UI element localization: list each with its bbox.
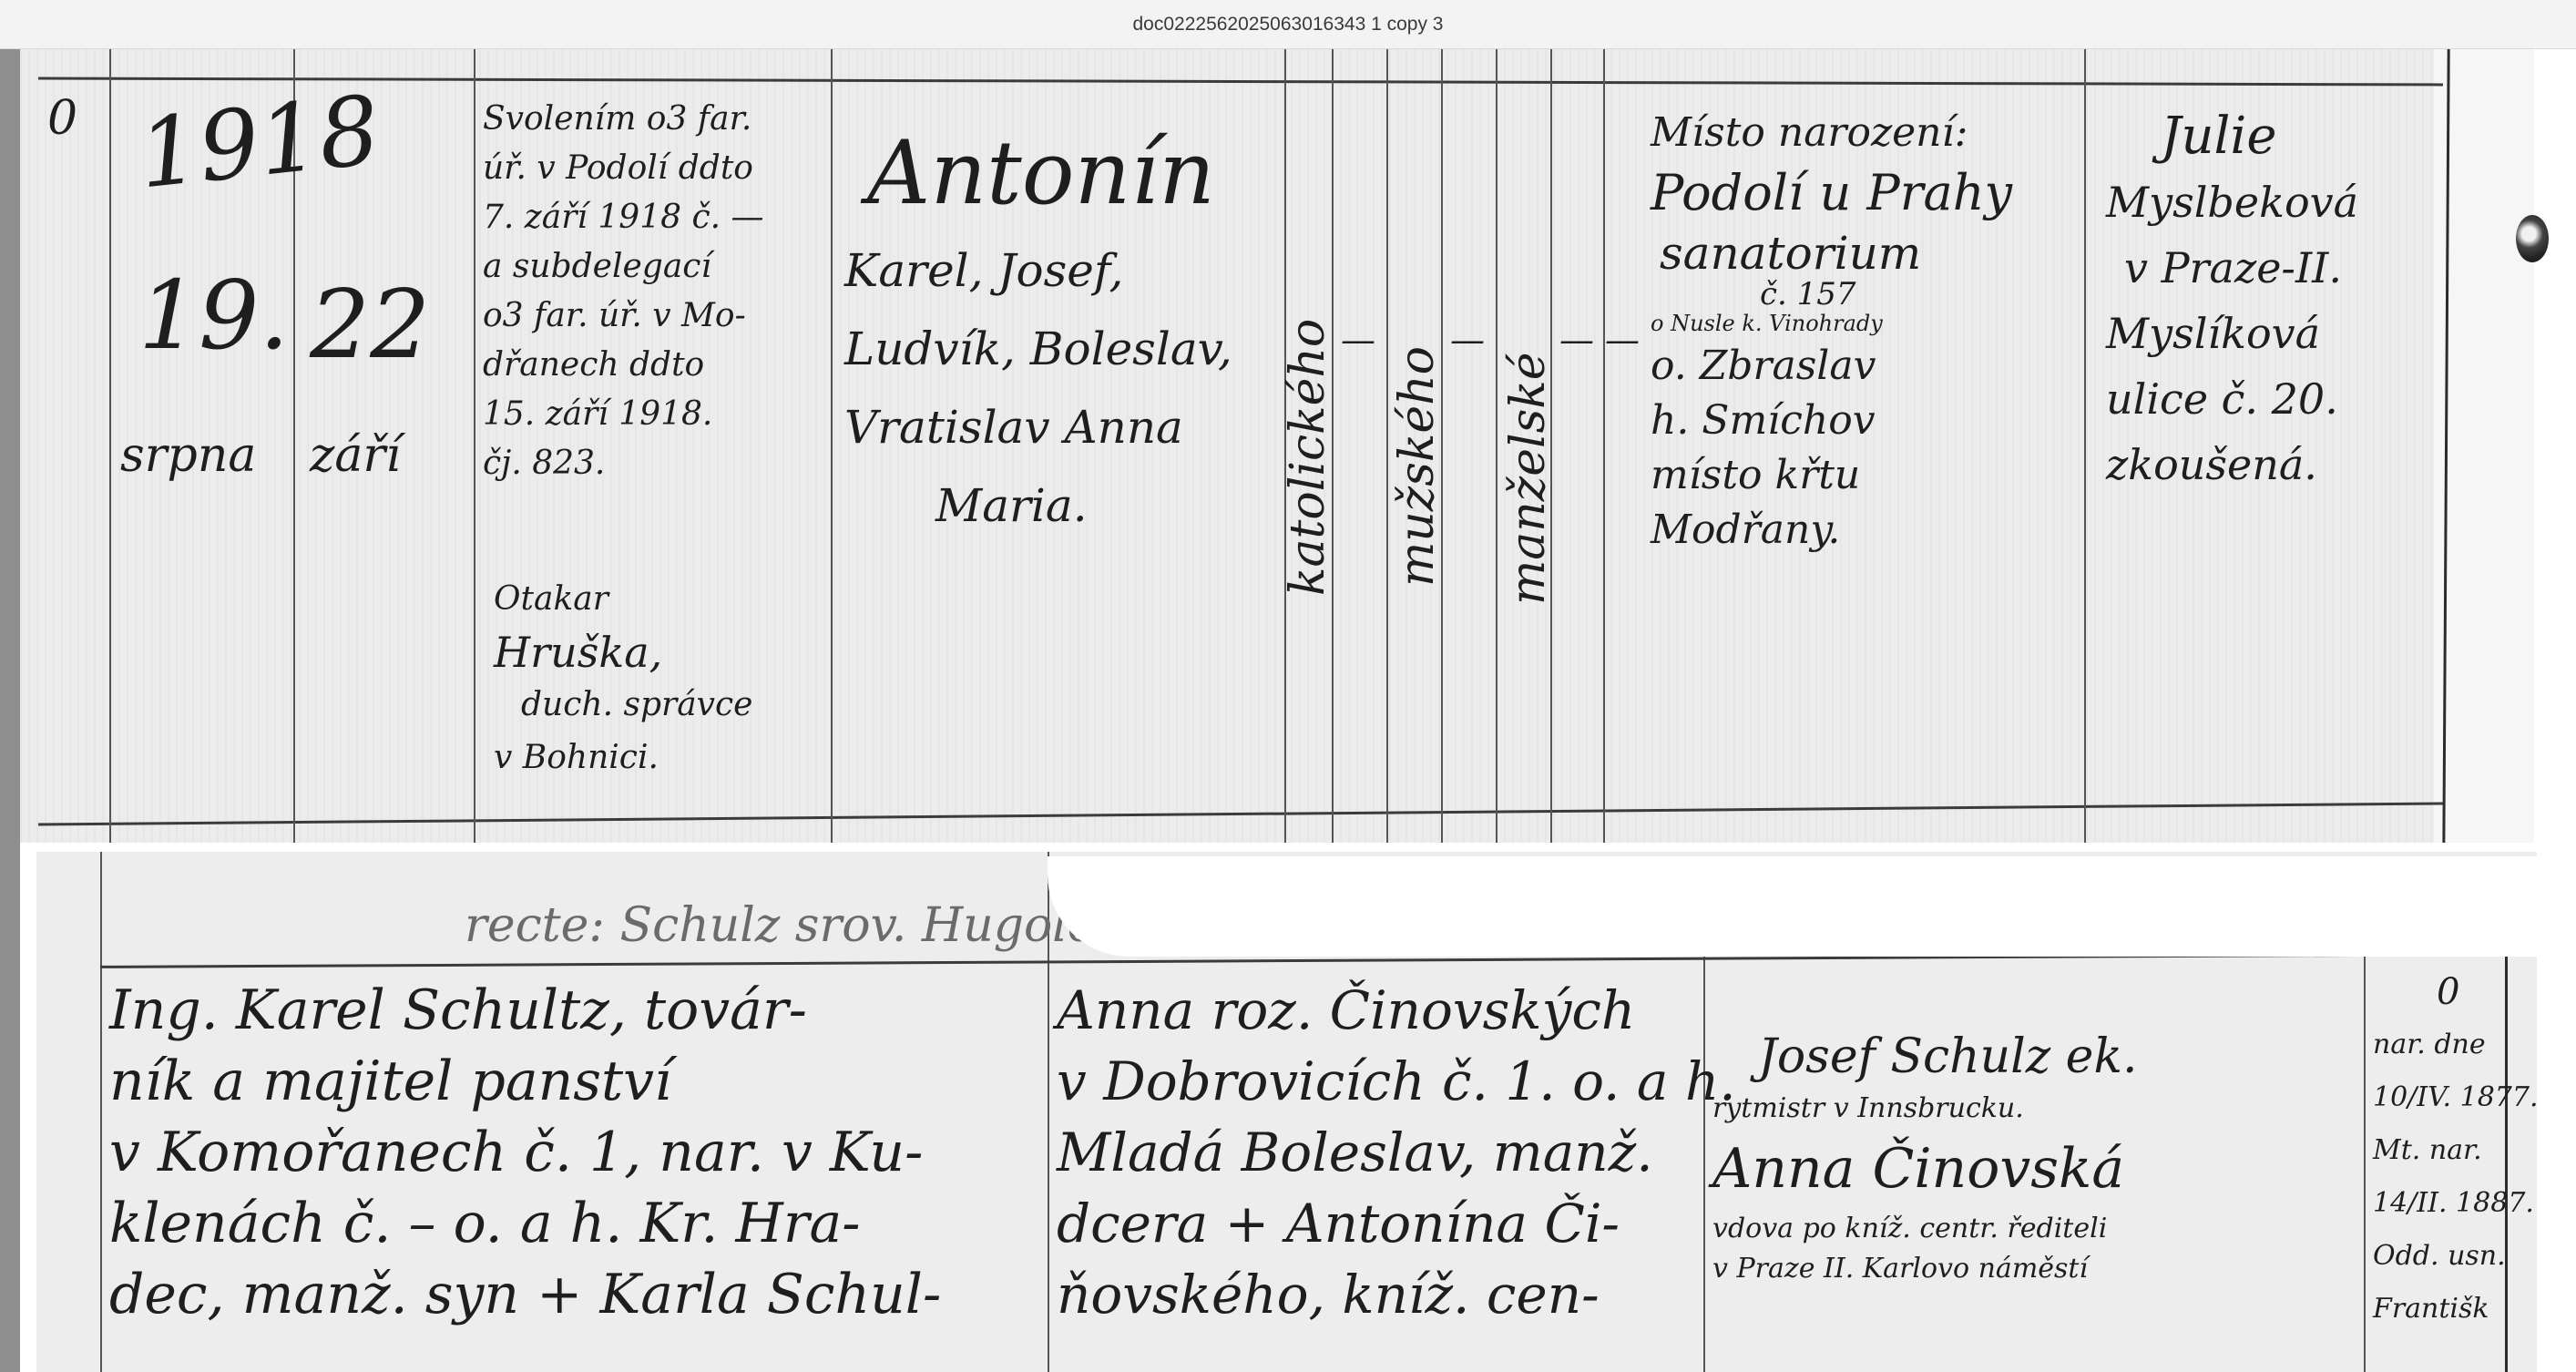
permission-line: a subdelegací <box>483 242 764 292</box>
birth-month: srpna <box>120 432 256 479</box>
father-line: v Komořanech č. 1, nar. v Ku- <box>109 1117 941 1188</box>
midwife-note: Julie Myslbeková v Praze-II. Myslíková u… <box>2106 104 2358 497</box>
birthplace-line: Místo narození: <box>1651 106 2012 160</box>
birthplace-line: sanatorium <box>1651 226 2012 281</box>
father-line: dec, manž. syn + Karla Schul- <box>109 1259 941 1330</box>
mother-line: Mladá Boleslav, manž. <box>1057 1117 1736 1188</box>
grandparents-line: Josef Schulz ek. <box>1712 1025 2137 1089</box>
column-rule <box>109 49 111 851</box>
permission-line: Svolením o3 far. <box>483 95 764 144</box>
column-rule <box>2084 49 2086 851</box>
permission-line: úř. v Podolí ddto <box>483 144 764 193</box>
scan-gap-right <box>1048 856 2576 957</box>
dash: — <box>1605 323 1640 357</box>
window-titlebar: doc0222562025063016343 1 copy 3 <box>0 0 2576 49</box>
dates-line: Odd. usn. <box>2373 1230 2539 1283</box>
child-name-line: Karel, Josef, <box>844 231 1232 310</box>
birthplace-note: Místo narození: Podolí u Prahy sanatoriu… <box>1651 106 2012 558</box>
grandparents-entry: Josef Schulz ek. rytmistr v Innsbrucku. … <box>1712 1025 2137 1289</box>
permission-line: o3 far. úř. v Mo- <box>483 292 764 341</box>
father-line: Ing. Karel Schultz, továr- <box>109 975 941 1046</box>
birth-year: 1918 <box>134 82 383 201</box>
dates-line: 10/IV. 1877. <box>2373 1071 2539 1124</box>
child-name-line: Maria. <box>844 466 1232 545</box>
permission-line: 15. září 1918. <box>483 390 764 439</box>
midwife-line: ulice č. 20. <box>2106 366 2358 432</box>
birthplace-line: Modřany. <box>1651 503 2012 558</box>
birthplace-line: č. 157 <box>1651 281 2012 308</box>
baptism-day: 22 <box>310 277 430 372</box>
birthplace-line: h. Smíchov <box>1651 394 2012 448</box>
legitimacy-entry: manželské <box>1505 352 1552 605</box>
dash: — <box>1559 323 1594 357</box>
father-line: ník a majitel panství <box>109 1046 941 1117</box>
mother-line: dcera + Antonína Či- <box>1057 1188 1736 1259</box>
mother-line: ňovského, kníž. cen- <box>1057 1259 1736 1330</box>
dates-line: 0 <box>2373 966 2539 1019</box>
binding-hole <box>2516 215 2549 262</box>
child-name-line: Vratislav Anna <box>844 388 1232 466</box>
row-top-rule <box>38 77 2443 87</box>
grandparents-line: vdova po kníž. centr. řediteli <box>1712 1209 2137 1249</box>
column-rule <box>1386 49 1388 851</box>
mother-entry: Anna roz. Činovských v Dobrovicích č. 1.… <box>1057 975 1736 1330</box>
permission-line: 7. září 1918 č. — <box>483 193 764 242</box>
birth-day: 19. <box>138 268 289 363</box>
window-title: doc0222562025063016343 1 copy 3 <box>1133 14 1444 36</box>
dash: — <box>1341 323 1375 357</box>
permission-note: Svolením o3 far. úř. v Podolí ddto 7. zá… <box>483 95 764 488</box>
midwife-line: Myslíková <box>2106 301 2358 366</box>
permission-line: čj. 823. <box>483 439 764 488</box>
religion-entry: katolického <box>1284 319 1332 596</box>
column-rule <box>1603 49 1605 851</box>
dates-line: nar. dne <box>2373 1019 2539 1071</box>
officiant-line: v Bohnici. <box>494 732 752 784</box>
child-name-line: Ludvík, Boleslav, <box>844 310 1232 388</box>
birthplace-line: místo křtu <box>1651 448 2012 503</box>
mother-line: v Dobrovicích č. 1. o. a h. <box>1057 1046 1736 1117</box>
grandparents-line: Anna Činovská <box>1712 1129 2137 1209</box>
grandparents-line: v Praze II. Karlovo náměstí <box>1712 1249 2137 1289</box>
midwife-line: zkoušená. <box>2106 432 2358 497</box>
row-mark: 0 <box>47 95 77 142</box>
officiant-line: Hruška, <box>494 626 752 679</box>
officiant-signature: Otakar Hruška, duch. správce v Bohnici. <box>494 573 752 784</box>
column-rule <box>474 49 475 851</box>
sex-entry: mužského <box>1394 346 1441 587</box>
grandparents-line: rytmistr v Innsbrucku. <box>1712 1089 2137 1129</box>
dash: — <box>1450 323 1485 357</box>
officiant-line: Otakar <box>494 573 752 626</box>
upper-register-scan: 0 1918 19. srpna 22 září Svolením o3 far… <box>20 49 2534 851</box>
midwife-line: Julie <box>2106 104 2358 169</box>
child-first-name: Antonín <box>867 129 1215 217</box>
permission-line: dřanech ddto <box>483 341 764 390</box>
mother-line: Anna roz. Činovských <box>1057 975 1736 1046</box>
dates-entry: 0 nar. dne 10/IV. 1877. Mt. nar. 14/II. … <box>2373 966 2539 1336</box>
dates-line: Mt. nar. <box>2373 1124 2539 1177</box>
viewer-left-edge <box>0 49 20 1372</box>
column-rule <box>831 49 833 851</box>
father-entry: Ing. Karel Schultz, továr- ník a majitel… <box>109 975 941 1330</box>
child-other-names: Karel, Josef, Ludvík, Boleslav, Vratisla… <box>844 231 1232 545</box>
midwife-line: v Praze-II. <box>2106 235 2358 301</box>
dates-line: 14/II. 1887. <box>2373 1177 2539 1230</box>
birthplace-line: Podolí u Prahy <box>1651 160 2012 226</box>
officiant-line: duch. správce <box>494 679 752 732</box>
row-bottom-rule <box>38 802 2443 825</box>
birthplace-line: o Nusle k. Vinohrady <box>1651 308 2012 339</box>
column-rule <box>1496 49 1498 851</box>
dates-line: Františk <box>2373 1283 2539 1336</box>
midwife-line: Myslbeková <box>2106 169 2358 235</box>
baptism-month: září <box>310 432 401 479</box>
column-rule <box>2364 925 2366 1372</box>
birthplace-line: o. Zbraslav <box>1651 339 2012 394</box>
column-rule <box>100 852 102 1372</box>
father-line: klenách č. – o. a h. Kr. Hra- <box>109 1188 941 1259</box>
